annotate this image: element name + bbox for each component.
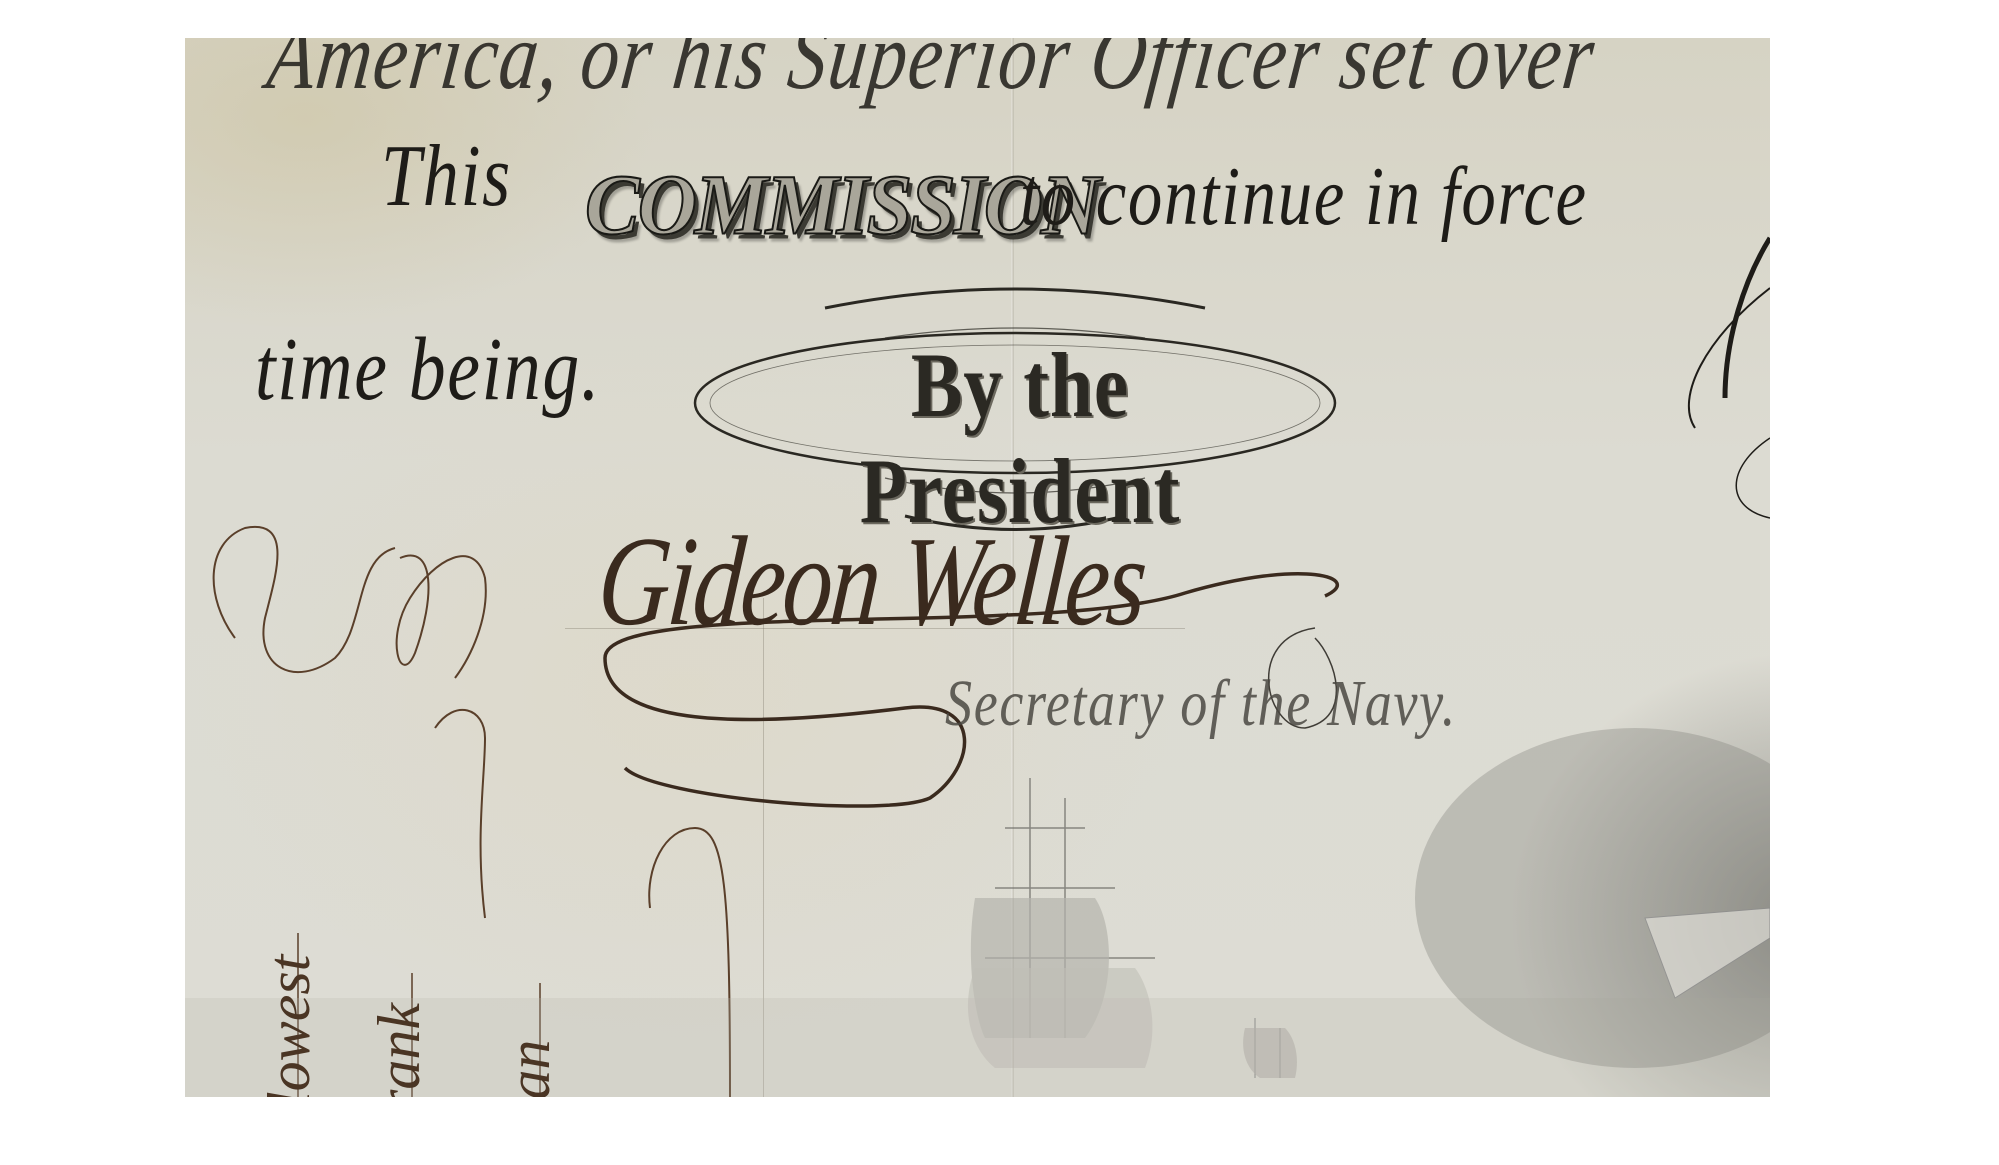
margin-text-lowest: lowest (255, 955, 324, 1097)
margin-text-rank: rank (365, 1003, 434, 1097)
secretary-title: Secretary of the Navy. (945, 666, 1457, 742)
margin-text-ran: ran (495, 1040, 564, 1097)
signature-gideon-welles: Gideon Welles (593, 508, 1150, 655)
right-edge-flourishes (1689, 238, 1770, 518)
document-photo: America, or his Superior Officer set ove… (185, 38, 1770, 1097)
